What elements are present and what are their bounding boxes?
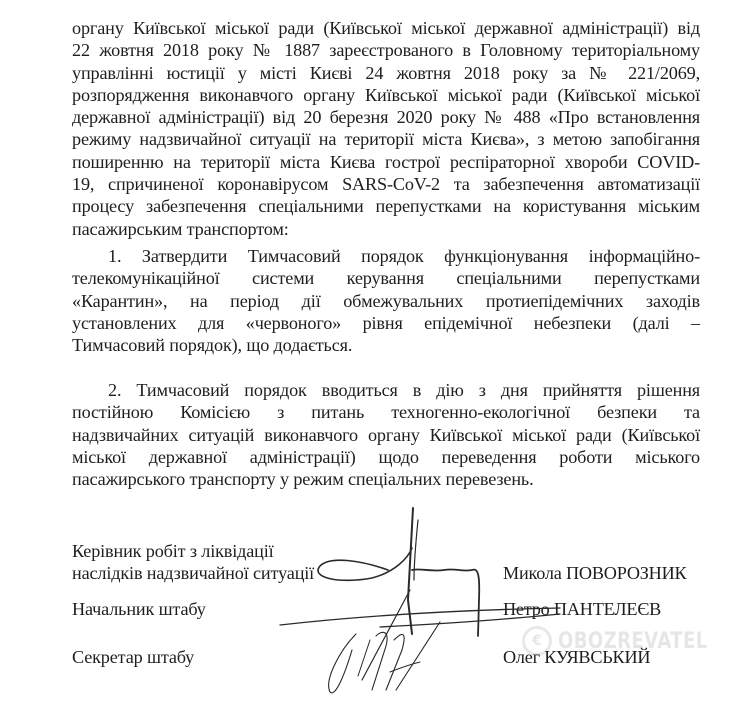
text-line: 22 жовтня 2018 року № 1887 зареєстровано… bbox=[72, 39, 700, 61]
watermark: € OBOZREVATEL bbox=[522, 626, 737, 656]
watermark-logo-icon: € bbox=[522, 626, 552, 656]
text-line: 19, спричиненої коронавірусом SARS-CoV-2… bbox=[72, 173, 700, 195]
text-line: розпорядження виконавчого органу Київськ… bbox=[72, 84, 700, 106]
numbered-item-1: 1. Затвердити Тимчасовий порядок функціо… bbox=[72, 245, 700, 356]
numbered-item-2: 2. Тимчасовий порядок вводиться в дію з … bbox=[72, 379, 700, 490]
text-line: пасажирським транспортом: bbox=[72, 218, 700, 240]
text-line: державної адміністрації) від 20 березня … bbox=[72, 106, 700, 128]
signatory-name: Петро ПАНТЕЛЕЄВ bbox=[503, 598, 661, 620]
text-line: 2. Тимчасовий порядок вводиться в дію з … bbox=[72, 379, 700, 401]
text-line: міської державної адміністрації) щодо пе… bbox=[72, 446, 700, 468]
text-line: Тимчасовий порядок), що додається. bbox=[72, 334, 700, 356]
text-line: надзвичайних ситуацій виконавчого органу… bbox=[72, 424, 700, 446]
text-line: управлінні юстиції у місті Києві 24 жовт… bbox=[72, 62, 700, 84]
text-line: постійною Комісією з питань техногенно-е… bbox=[72, 401, 700, 423]
text-line: телекомунікаційної системи керування спе… bbox=[72, 267, 700, 289]
text-line: органу Київської міської ради (Київської… bbox=[72, 17, 700, 39]
text-line: 1. Затвердити Тимчасовий порядок функціо… bbox=[72, 245, 700, 267]
text-line: пасажирського транспорту у режим спеціал… bbox=[72, 468, 700, 490]
intro-paragraph: органу Київської міської ради (Київської… bbox=[72, 17, 700, 240]
signatory-title: Начальник штабу bbox=[72, 598, 206, 620]
text-line: «Карантин», на період дії обмежувальних … bbox=[72, 290, 700, 312]
text-line: установлених для «червоного» рівня епіде… bbox=[72, 312, 700, 334]
watermark-text: OBOZREVATEL bbox=[558, 629, 708, 654]
signatory-name: Микола ПОВОРОЗНИК bbox=[503, 562, 686, 584]
document-page: органу Київської міської ради (Київської… bbox=[0, 0, 737, 704]
signatory-title: наслідків надзвичайної ситуації bbox=[72, 562, 314, 584]
text-line: режиму надзвичайної ситуації на територі… bbox=[72, 128, 700, 150]
signatory-title: Керівник робіт з ліквідації bbox=[72, 540, 274, 562]
signatory-title: Секретар штабу bbox=[72, 646, 194, 668]
text-line: поширенню на території міста Києва гостр… bbox=[72, 151, 700, 173]
text-line: процесу забезпечення спеціальними перепу… bbox=[72, 195, 700, 217]
